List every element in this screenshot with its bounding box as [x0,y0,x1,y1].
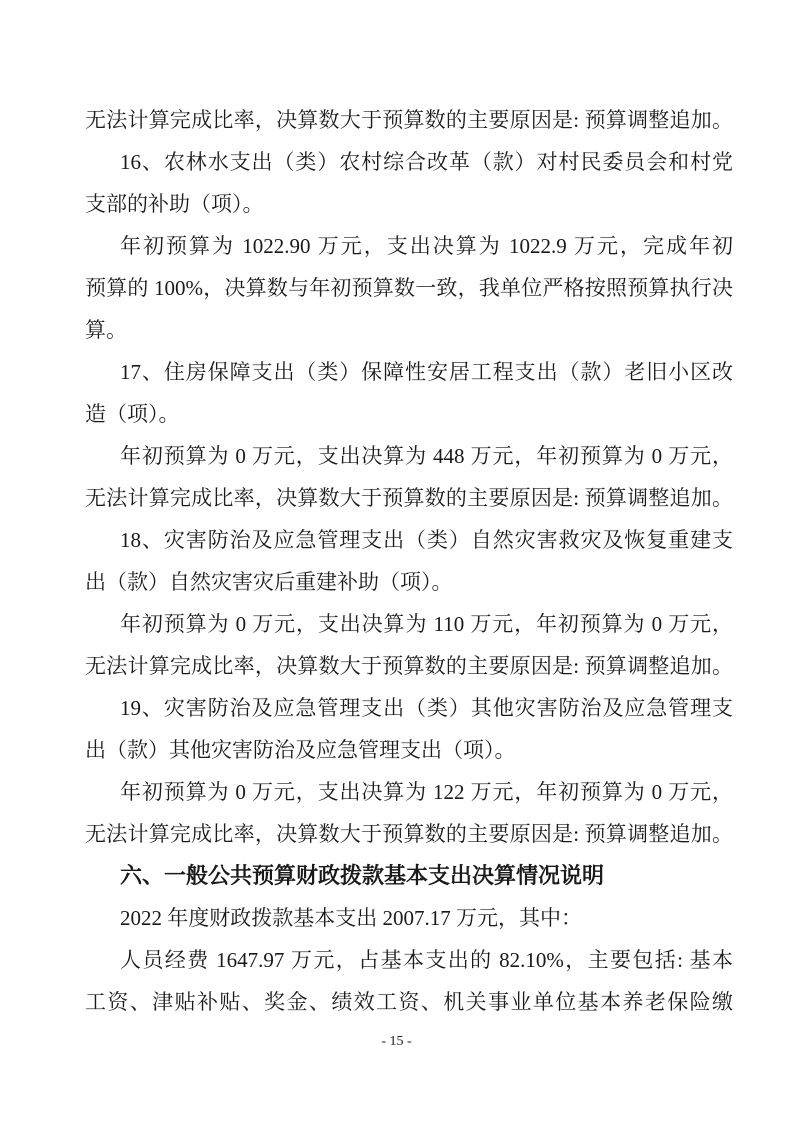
text-line: 无法计算完成比率，决算数大于预算数的主要原因是: 预算调整追加。 [85,99,733,141]
text-line: 支部的补助（项）。 [85,183,733,225]
text-line: 无法计算完成比率，决算数大于预算数的主要原因是: 预算调整追加。 [85,645,733,687]
text-line: 年初预算为 0 万元，支出决算为 110 万元，年初预算为 0 万元， [85,603,733,645]
text-line: 出（款）自然灾害灾后重建补助（项）。 [85,561,733,603]
text-line: 人员经费 1647.97 万元，占基本支出的 82.10%，主要包括: 基本 [85,939,733,981]
text-line: 工资、津贴补贴、奖金、绩效工资、机关事业单位基本养老保险缴费、 [85,981,733,1023]
page-number: - 15 - [0,1034,793,1050]
text-line: 出（款）其他灾害防治及应急管理支出（项）。 [85,729,733,771]
text-line: 19、灾害防治及应急管理支出（类）其他灾害防治及应急管理支 [85,687,733,729]
text-line: 无法计算完成比率，决算数大于预算数的主要原因是: 预算调整追加。 [85,813,733,855]
text-line: 年初预算为 1022.90 万元，支出决算为 1022.9 万元，完成年初 [85,225,733,267]
text-line: 预算的 100%，决算数与年初预算数一致，我单位严格按照预算执行决 [85,267,733,309]
section-heading: 六、一般公共预算财政拨款基本支出决算情况说明 [85,855,733,897]
text-line: 18、灾害防治及应急管理支出（类）自然灾害救灾及恢复重建支 [85,519,733,561]
text-line: 16、农林水支出（类）农村综合改革（款）对村民委员会和村党 [85,141,733,183]
document-body: 无法计算完成比率，决算数大于预算数的主要原因是: 预算调整追加。16、农林水支出… [85,99,733,1023]
text-line: 17、住房保障支出（类）保障性安居工程支出（款）老旧小区改 [85,351,733,393]
text-line: 年初预算为 0 万元，支出决算为 122 万元，年初预算为 0 万元， [85,771,733,813]
text-line: 造（项）。 [85,393,733,435]
document-page: 无法计算完成比率，决算数大于预算数的主要原因是: 预算调整追加。16、农林水支出… [0,0,793,1122]
text-line: 算。 [85,309,733,351]
text-line: 无法计算完成比率，决算数大于预算数的主要原因是: 预算调整追加。 [85,477,733,519]
text-line: 2022 年度财政拨款基本支出 2007.17 万元，其中： [85,897,733,939]
text-line: 年初预算为 0 万元，支出决算为 448 万元，年初预算为 0 万元， [85,435,733,477]
